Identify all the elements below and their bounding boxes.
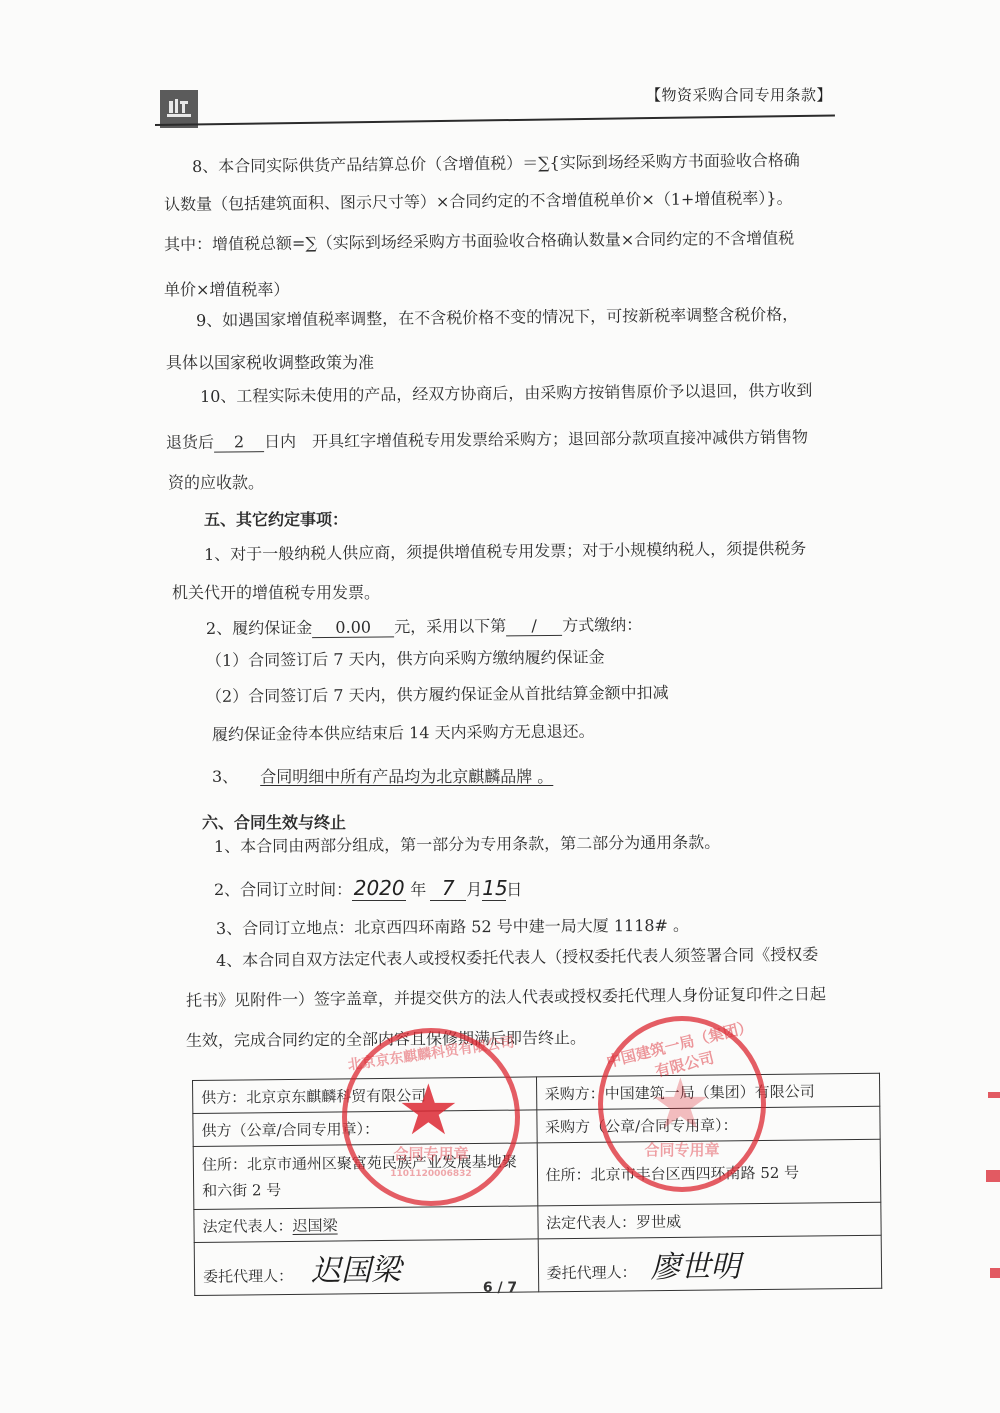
page-number: 6 / 7 [0,1280,1000,1296]
header-divider [155,115,835,126]
section-6-item-1: 1、本合同由两部分组成，第一部分为专用条款，第二部分为通用条款。 [214,830,720,857]
payment-method-field: / [506,616,562,636]
supplier-name-cell: 供方：北京京东麒麟科贸有限公司 [193,1077,537,1114]
supplier-seal-cell: 供方（公章/合同专用章）： [193,1110,537,1147]
brand-statement: 合同明细中所有产品均为北京麒麟品牌 。 [260,767,553,786]
section-6-item-2: 2、合同订立时间：2020年7月15日 [214,876,522,901]
edge-seal-fragment [990,1268,1000,1278]
section-6-item-4-line-3: 生效，完成合同约定的全部内容且保修期满后即告终止。 [186,1025,586,1051]
deposit-method-suffix: 方式缴纳： [562,615,642,635]
edge-seal-fragment [988,1092,1000,1098]
supplier-legal-rep-label: 法定代表人： [202,1216,292,1235]
purchaser-address-cell: 住所：北京市丰台区西四环南路 52 号 [537,1139,881,1206]
deposit-option-2: （2）合同签订后 7 天内，供方履约保证金从首批结算金额中扣减 [206,680,669,707]
return-days-field: 2 [214,432,264,452]
clause-9-line-1: 9、如遇国家增值税率调整，在不含税价格不变的情况下，可按新税率调整含税价格， [196,302,798,331]
clause-10-line-3: 资的应收款。 [168,470,264,493]
clause-10-line-1: 10、工程实际未使用的产品，经双方协商后，由采购方按销售原价予以退回，供方收到 [200,378,813,407]
month-label: 月 [466,880,482,899]
clause-10-line-2: 退货后2日内 开具红字增值税专用发票给采购方；退回部分款项直接冲减供方销售物 [166,424,808,453]
section-5-item-1-line-1: 1、对于一般纳税人供应商，须提供增值税专用发票；对于小规模纳税人，须提供税务 [204,536,806,565]
signature-table: 供方：北京京东麒麟科贸有限公司 采购方：中国建筑一局（集团）有限公司 供方（公章… [192,1073,882,1296]
section-6-item-4-line-1: 4、本合同自双方法定代表人或授权委托代表人（授权委托代表人须签署合同《授权委 [216,942,818,971]
section-6-heading: 六、合同生效与终止 [202,810,346,833]
deposit-method-label: 元，采用以下第 [394,616,506,636]
deposit-option-1: （1）合同签订后 7 天内，供方向采购方缴纳履约保证金 [206,645,605,671]
section-5-item-2: 2、履约保证金0.00元，采用以下第/方式缴纳： [206,612,642,639]
purchaser-legal-rep-cell: 法定代表人：罗世威 [537,1202,881,1239]
supplier-address-cell: 住所：北京市通州区聚富苑民族产业发展基地聚和六街 2 号 [193,1143,537,1210]
section-5-heading: 五、其它约定事项： [204,507,348,530]
header-title: 【物资采购合同专用条款】 [646,84,832,105]
clause-8-line-2: 认数量（包括建筑面积、图示尺寸等）×合同约定的不含增值税单价×（1+增值税率）}… [164,185,793,215]
deposit-refund-note: 履约保证金待本供应结束后 14 天内采购方无息退还。 [212,719,595,745]
section-5-item-1-line-2: 机关代开的增值税专用发票。 [172,580,380,603]
clause-8-line-4: 单价×增值税率） [164,277,289,300]
purchaser-legal-rep-label: 法定代表人： [546,1213,636,1232]
clause-10-prefix: 退货后 [166,433,214,452]
sign-year-field: 2020 [352,876,406,901]
clause-9-line-2: 具体以国家税收调整政策为准 [166,350,374,373]
section-6-item-3: 3、合同订立地点：北京西四环南路 52 号中建一局大厦 1118# 。 [216,913,689,939]
item-3-number: 3、 [212,767,238,786]
clause-8-line-3: 其中：增值税总额=∑（实际到场经采购方书面验收合格确认数量×合同约定的不含增值税 [164,225,794,255]
supplier-legal-rep-name: 迟国梁 [292,1216,337,1234]
section-5-item-3: 3、合同明细中所有产品均为北京麒麟品牌 。 [212,764,553,787]
day-label: 日 [506,880,522,899]
edge-seal-fragment [986,1170,1000,1182]
purchaser-seal-cell: 采购方（公章/合同专用章）： [536,1106,880,1143]
supplier-legal-rep-cell: 法定代表人：迟国梁 [194,1206,538,1243]
purchaser-name-cell: 采购方：中国建筑一局（集团）有限公司 [536,1073,880,1110]
deposit-label: 2、履约保证金 [206,618,312,638]
clause-8-line-1: 8、本合同实际供货产品结算总价（含增值税）＝∑{实际到场经采购方书面验收合格确 [192,148,800,177]
deposit-amount-field: 0.00 [312,617,394,638]
year-label: 年 [410,880,426,899]
section-6-item-4-line-2: 托书》见附件一）签字盖章，并提交供方的法人代表或授权委托代理人身份证复印件之日起 [186,981,826,1011]
purchaser-legal-rep-name: 罗世威 [636,1212,681,1230]
company-logo-icon [160,90,198,128]
sign-day-field: 15 [482,876,506,901]
sign-date-label: 2、合同订立时间： [214,880,352,899]
clause-10-suffix: 日内 开具红字增值税专用发票给采购方；退回部分款项直接冲减供方销售物 [264,427,808,451]
sign-month-field: 7 [430,876,466,901]
